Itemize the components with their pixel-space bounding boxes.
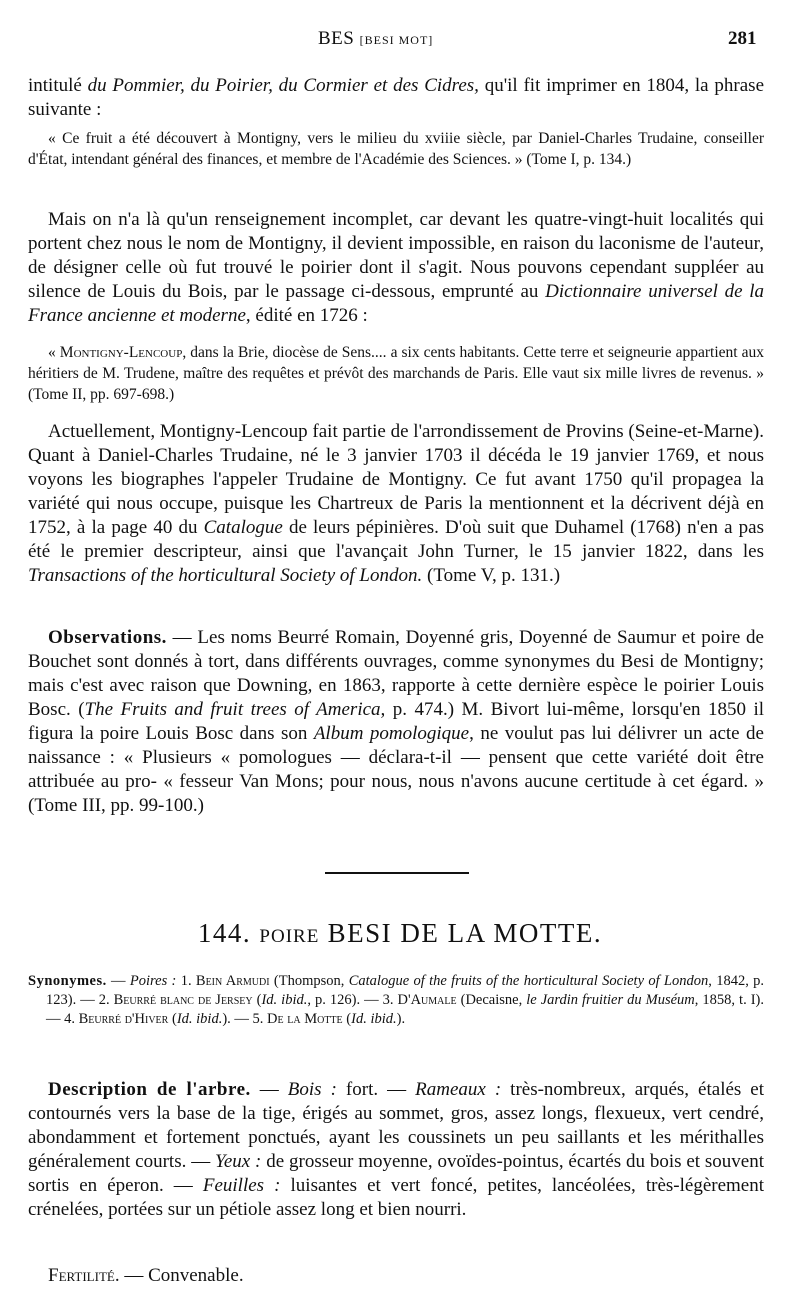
text-run: ). — 5. bbox=[222, 1011, 267, 1027]
text-run: ( bbox=[343, 1011, 351, 1027]
running-title-main: BES bbox=[318, 28, 354, 49]
text-run: fort. — bbox=[337, 1079, 415, 1100]
reference: Id. ibid. bbox=[351, 1011, 397, 1027]
text-run: 1. bbox=[176, 973, 196, 989]
text-run: (Thompson, bbox=[270, 973, 349, 989]
synonym-name: Beurré blanc de Jersey bbox=[114, 992, 253, 1008]
synonym-name: D'Aumale bbox=[398, 992, 457, 1008]
text-run: , édité en 1726 : bbox=[246, 305, 368, 326]
quote-dictionnaire: « Montigny-Lencoup, dans la Brie, diocès… bbox=[28, 342, 764, 405]
place-name: « Montigny-Lencoup bbox=[48, 344, 182, 361]
synonyms-heading: Synonymes. bbox=[28, 973, 107, 989]
book-title: Transactions of the horticultural Societ… bbox=[28, 565, 422, 586]
text-run: ). bbox=[397, 1011, 405, 1027]
running-head: BES [besi mot] 281 bbox=[0, 28, 800, 52]
paragraph-history: Actuellement, Montigny-Lencoup fait part… bbox=[28, 420, 764, 588]
paragraph-tree-description: Description de l'arbre. — Bois : fort. —… bbox=[28, 1078, 764, 1222]
book-title: Album pomologique bbox=[314, 723, 469, 744]
label: Bois : bbox=[288, 1079, 337, 1100]
paragraph-intro: intitulé du Pommier, du Poirier, du Corm… bbox=[28, 74, 764, 122]
reference: Id. ibid. bbox=[177, 1011, 223, 1027]
section-number: 144. bbox=[198, 918, 251, 948]
text-run: (Tome V, p. 131.) bbox=[422, 565, 560, 586]
synonym-name: Bein Armudi bbox=[196, 973, 270, 989]
paragraph-fertility: Fertilité. — Convenable. bbox=[28, 1264, 764, 1288]
section-divider bbox=[325, 872, 469, 874]
section-title: 144. Poire BESI DE LA MOTTE. bbox=[0, 918, 800, 949]
description-heading: Description de l'arbre. bbox=[48, 1079, 251, 1100]
text-run: — bbox=[107, 973, 130, 989]
text-run: — bbox=[251, 1079, 288, 1100]
text-run: , p. 126). — 3. bbox=[307, 992, 397, 1008]
synonyms-paragraph: Synonymes. — Poires : 1. Bein Armudi (Th… bbox=[28, 972, 764, 1029]
synonyms-body: Synonymes. — Poires : 1. Bein Armudi (Th… bbox=[28, 972, 764, 1029]
paragraph-observations: Observations. — Les noms Beurré Romain, … bbox=[28, 626, 764, 818]
label: Feuilles : bbox=[203, 1175, 281, 1196]
fertility-label: Fertilité. bbox=[48, 1265, 120, 1286]
section-prefix: Poire bbox=[259, 926, 319, 947]
page-number: 281 bbox=[728, 28, 757, 50]
text-run: (Decaisne, bbox=[457, 992, 527, 1008]
quote-trudaine: « Ce fruit a été découvert à Montigny, v… bbox=[28, 128, 764, 170]
text-run: intitulé bbox=[28, 75, 88, 96]
book-title: Catalogue bbox=[204, 517, 283, 538]
label: Rameaux : bbox=[415, 1079, 501, 1100]
synonym-name: De la Motte bbox=[267, 1011, 343, 1027]
paragraph-montigny: Mais on n'a là qu'un renseignement incom… bbox=[28, 208, 764, 328]
label: Yeux : bbox=[215, 1151, 261, 1172]
book-title: du Pommier, du Poirier, du Cormier et de… bbox=[88, 75, 479, 96]
section-name: BESI DE LA MOTTE. bbox=[328, 918, 603, 948]
synonym-name: Beurré d'Hiver bbox=[79, 1011, 169, 1027]
book-title: le Jardin fruitier du Muséum bbox=[526, 992, 695, 1008]
reference: Id. ibid. bbox=[261, 992, 307, 1008]
running-title: BES [besi mot] bbox=[318, 28, 433, 50]
running-title-bracket: [besi mot] bbox=[360, 33, 434, 47]
text-run: ( bbox=[168, 1011, 176, 1027]
book-title: Catalogue of the fruits of the horticult… bbox=[349, 973, 709, 989]
observations-heading: Observations. bbox=[48, 627, 167, 648]
book-title: The Fruits and fruit trees of America, bbox=[85, 699, 386, 720]
fertility-value: — Convenable. bbox=[120, 1265, 244, 1286]
book-page: BES [besi mot] 281 intitulé du Pommier, … bbox=[0, 0, 800, 1311]
label: Poires : bbox=[130, 973, 176, 989]
